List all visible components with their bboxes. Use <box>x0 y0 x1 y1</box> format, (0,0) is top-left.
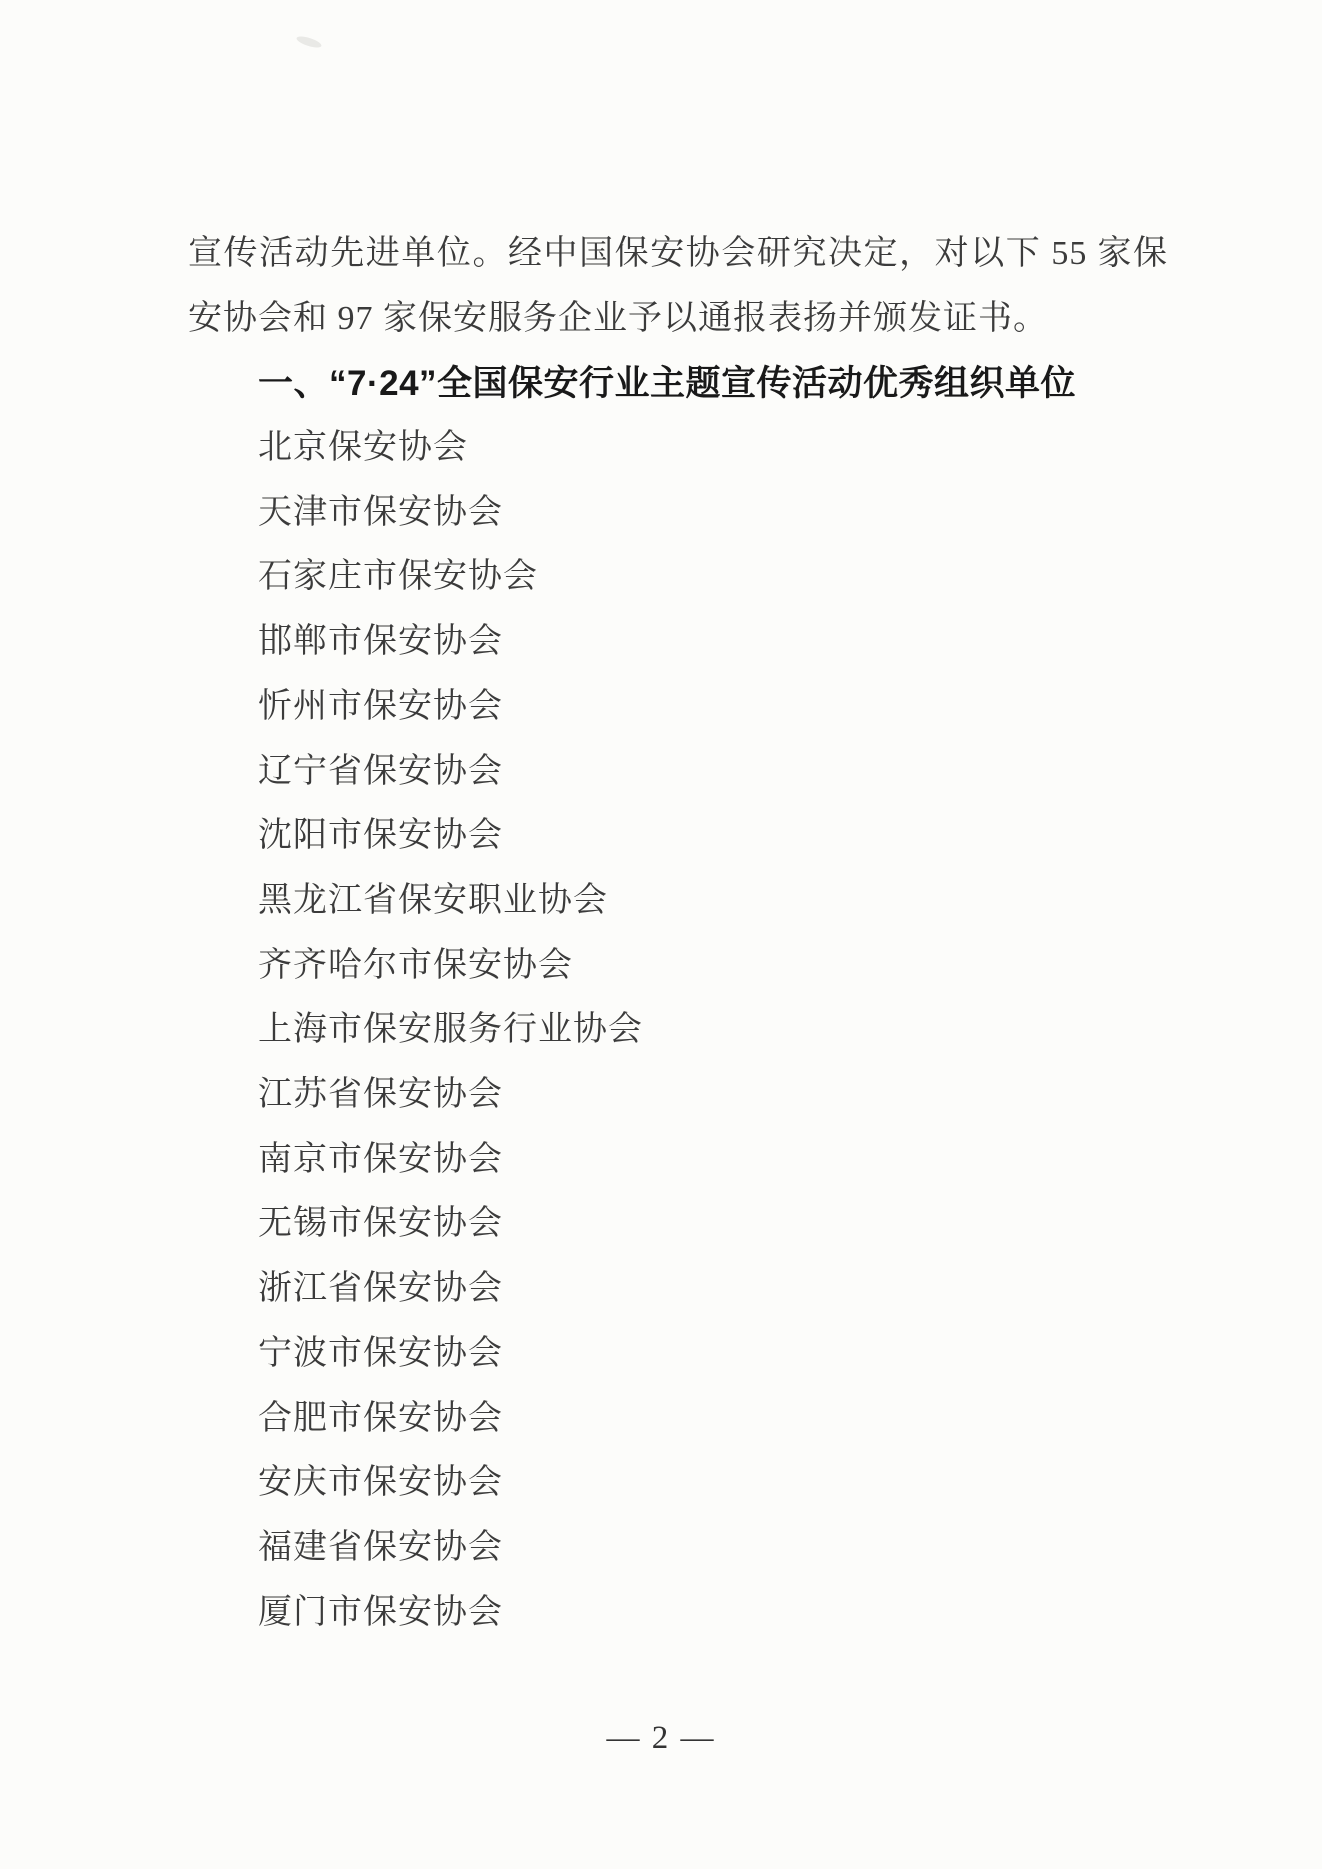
paragraph-line-1: 宣传活动先进单位。经中国保安协会研究决定，对以下 55 家保 <box>188 221 1168 286</box>
list-item: 厦门市保安协会 <box>258 1581 1168 1646</box>
list-item: 邯郸市保安协会 <box>258 610 1168 675</box>
list-item: 合肥市保安协会 <box>258 1387 1168 1452</box>
list-item: 南京市保安协会 <box>258 1128 1168 1193</box>
list-item: 石家庄市保安协会 <box>258 545 1168 610</box>
list-item: 沈阳市保安协会 <box>258 804 1168 869</box>
section-heading: 一、“7·24”全国保安行业主题宣传活动优秀组织单位 <box>188 351 1168 416</box>
scan-smudge <box>295 34 322 50</box>
list-item: 辽宁省保安协会 <box>258 740 1168 805</box>
list-item: 安庆市保安协会 <box>258 1451 1168 1516</box>
association-list: 北京保安协会 天津市保安协会 石家庄市保安协会 邯郸市保安协会 忻州市保安协会 … <box>188 416 1168 1645</box>
document-body: 宣传活动先进单位。经中国保安协会研究决定，对以下 55 家保 安协会和 97 家… <box>188 221 1168 1645</box>
list-item: 北京保安协会 <box>258 416 1168 481</box>
list-item: 齐齐哈尔市保安协会 <box>258 934 1168 999</box>
list-item: 无锡市保安协会 <box>258 1192 1168 1257</box>
list-item: 黑龙江省保安职业协会 <box>258 869 1168 934</box>
page-number: — 2 — <box>0 1718 1322 1758</box>
list-item: 忻州市保安协会 <box>258 675 1168 740</box>
paragraph-line-2: 安协会和 97 家保安服务企业予以通报表扬并颁发证书。 <box>188 286 1168 351</box>
list-item: 江苏省保安协会 <box>258 1063 1168 1128</box>
document-page: 宣传活动先进单位。经中国保安协会研究决定，对以下 55 家保 安协会和 97 家… <box>0 0 1322 1869</box>
list-item: 上海市保安服务行业协会 <box>258 998 1168 1063</box>
list-item: 福建省保安协会 <box>258 1516 1168 1581</box>
list-item: 浙江省保安协会 <box>258 1257 1168 1322</box>
list-item: 天津市保安协会 <box>258 481 1168 546</box>
list-item: 宁波市保安协会 <box>258 1322 1168 1387</box>
